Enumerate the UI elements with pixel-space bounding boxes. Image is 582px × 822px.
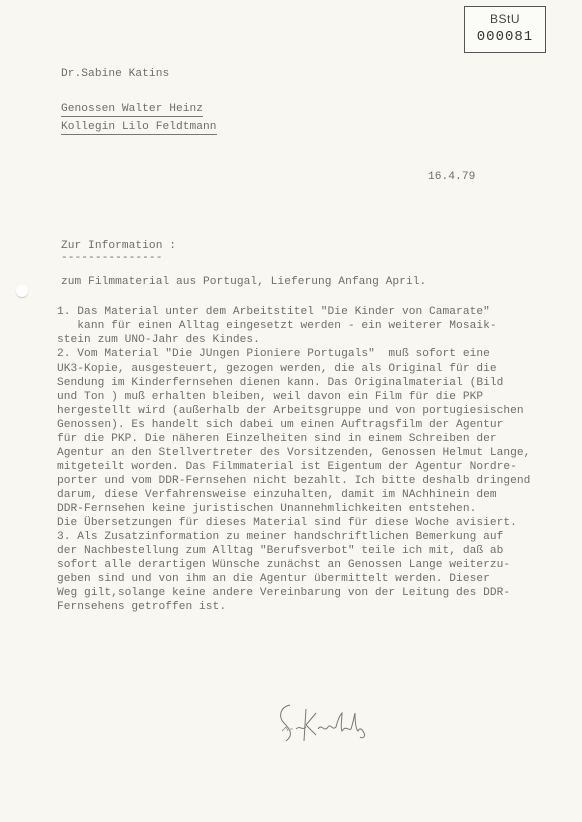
heading-rule: --------------- [61,252,162,264]
stamp-label: BStU [465,12,545,26]
body-line: 2. Vom Material "Die JUngen Pioniere Por… [57,348,490,360]
body-line: UK3-Kopie, ausgesteuert, gezogen werden,… [57,363,497,375]
body-line: hergestellt wird (außerhalb der Arbeitsg… [57,405,524,417]
body-line: DDR-Fernsehen keine juristischen Unanneh… [57,503,476,515]
body-line: darum, diese Verfahrensweise einzuhalten… [57,489,497,501]
body-line: mitgeteilt worden. Das Filmmaterial ist … [57,461,517,473]
recipient-1: Dr.Sabine Katins [61,68,169,80]
punch-hole [16,285,28,297]
body-line: Fernsehens getroffen ist. [57,601,226,613]
body-line: für die PKP. Die näheren Einzelheiten si… [57,433,497,445]
subject-line: zum Filmmaterial aus Portugal, Lieferung… [61,276,426,288]
body-line: und Ton ) muß erhalten bleiben, weil dav… [57,391,483,403]
heading: Zur Information : [61,240,176,252]
body-line: Sendung im Kinderfernsehen dienen kann. … [57,377,503,389]
body-line: porter und vom DDR-Fernsehen nicht bezah… [57,475,530,487]
handwritten-signature [272,695,382,745]
archive-stamp: BStU 000081 [464,6,546,53]
document-date: 16.4.79 [428,171,475,183]
body-line: der Nachbestellung zum Alltag "Berufsver… [57,545,503,557]
body-line: Genossen). Es handelt sich dabei um eine… [57,419,503,431]
body-line: kann für einen Alltag eingesetzt werden … [57,320,497,332]
stamp-number: 000081 [465,29,545,45]
body-line: 1. Das Material unter dem Arbeitstitel "… [57,306,490,318]
body-line: Die Übersetzungen für dieses Material si… [57,517,517,529]
body-line: geben sind und von ihm an die Agentur üb… [57,573,490,585]
body-line: 3. Als Zusatzinformation zu meiner hands… [57,531,503,543]
body-line: stein zum UNO-Jahr des Kindes. [57,334,260,346]
body-line: sofort alle derartigen Wünsche zunächst … [57,559,510,571]
body-line: Agentur an den Stellvertreter des Vorsit… [57,447,530,459]
body-line: Weg gilt,solange keine andere Vereinbaru… [57,587,510,599]
recipient-3: Kollegin Lilo Feldtmann [61,121,217,135]
recipient-2: Genossen Walter Heinz [61,103,203,117]
document-page: BStU 000081 Dr.Sabine Katins Genossen Wa… [0,0,582,822]
